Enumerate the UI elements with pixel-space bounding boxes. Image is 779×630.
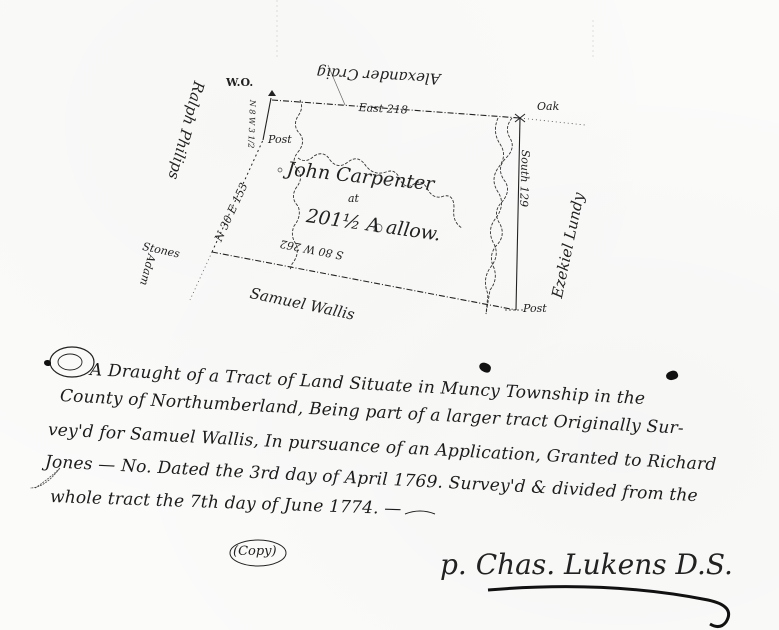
corner-label-nw: W.O. bbox=[226, 76, 253, 89]
corner-label-ne: Oak bbox=[537, 100, 559, 113]
creek-east-bank bbox=[486, 118, 512, 314]
line-label-north: East 218 bbox=[358, 101, 408, 117]
surveyor-signature: p. Chas. Lukens D.S. bbox=[440, 548, 733, 581]
line-label-east: South 129 bbox=[517, 150, 532, 208]
line-label-nw-short: N 8 W 3 1/2 bbox=[246, 100, 257, 149]
survey-document: W.O. Oak Post Stones Post East 218 South… bbox=[0, 0, 779, 630]
tract-connector: at bbox=[348, 192, 359, 205]
plat-drawing bbox=[0, 0, 779, 630]
ink-blot bbox=[44, 360, 51, 366]
east-boundary-line bbox=[516, 118, 520, 310]
corner-label-nw-post: Post bbox=[268, 133, 292, 146]
copy-mark: (Copy) bbox=[233, 544, 277, 559]
corner-label-se: Post bbox=[523, 302, 547, 315]
